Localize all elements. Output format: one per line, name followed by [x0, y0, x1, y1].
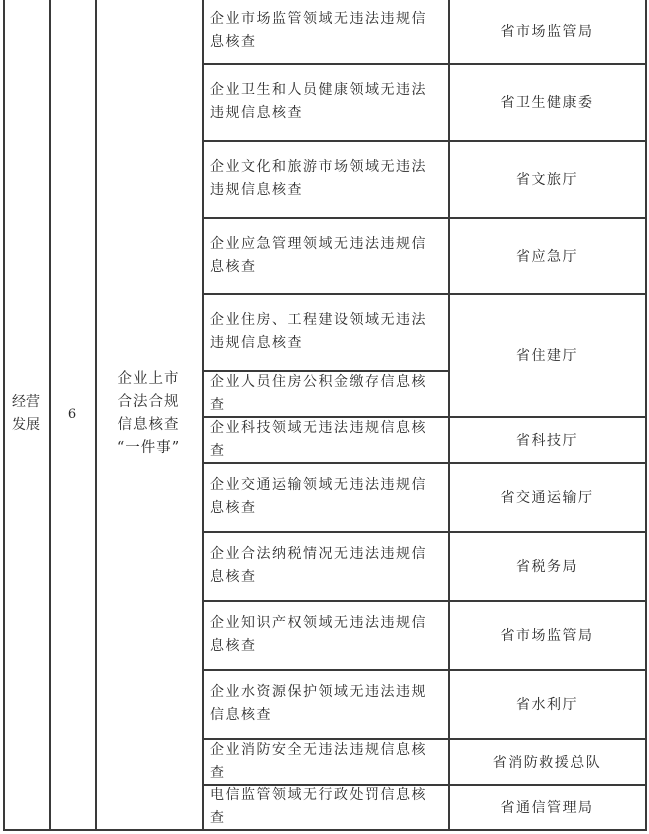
check-item-cell: 企业市场监管领域无违法违规信息核查: [202, 0, 448, 63]
check-item-cell: 企业消防安全无违法违规信息核查: [202, 739, 448, 784]
department-text: 省消防救援总队: [493, 752, 602, 772]
department-cell: 省市场监管局: [448, 601, 646, 669]
matter-name-line: 企业上市: [117, 368, 180, 391]
check-item-text: 企业人员住房公积金缴存信息核查: [210, 371, 442, 417]
check-item-text: 企业消防安全无违法违规信息核查: [210, 739, 442, 785]
department-cell-merged: 省住建厅: [448, 294, 646, 416]
check-item-text: 企业科技领域无违法违规信息核查: [210, 417, 442, 463]
department-cell: 省应急厅: [448, 218, 646, 293]
department-text: 省市场监管局: [501, 625, 594, 645]
matter-name-line: 信息核查: [117, 414, 180, 437]
check-item-text: 企业市场监管领域无违法违规信息核查: [210, 8, 442, 54]
department-text: 省住建厅: [516, 345, 578, 365]
department-cell: 省文旅厅: [448, 141, 646, 217]
department-text: 省通信管理局: [501, 797, 594, 817]
check-item-cell: 企业人员住房公积金缴存信息核查: [202, 371, 448, 416]
check-item-cell: 企业应急管理领域无违法违规信息核查: [202, 218, 448, 293]
check-item-text: 企业卫生和人员健康领域无违法违规信息核查: [210, 79, 442, 125]
info-check-table: 经营 发展 6 企业上市 合法合规 信息核查 “一件事” 企业市场监管领域无违法…: [3, 0, 646, 831]
department-cell: 省科技厅: [448, 417, 646, 462]
check-item-text: 电信监管领域无行政处罚信息核查: [210, 784, 442, 830]
matter-name-line: “一件事”: [117, 437, 180, 460]
check-item-text: 企业应急管理领域无违法违规信息核查: [210, 233, 442, 279]
check-item-cell: 企业文化和旅游市场领域无违法违规信息核查: [202, 141, 448, 217]
department-cell: 省税务局: [448, 532, 646, 600]
department-text: 省市场监管局: [501, 21, 594, 41]
matter-name-line: 合法合规: [117, 391, 180, 414]
check-item-text: 企业交通运输领域无违法违规信息核查: [210, 474, 442, 520]
check-item-text: 企业知识产权领域无违法违规信息核查: [210, 612, 442, 658]
check-item-text: 企业合法纳税情况无违法违规信息核查: [210, 543, 442, 589]
department-text: 省税务局: [516, 556, 578, 576]
department-cell: 省卫生健康委: [448, 64, 646, 140]
item-number-cell: 6: [49, 0, 95, 830]
check-item-cell: 企业交通运输领域无违法违规信息核查: [202, 463, 448, 531]
category-cell: 经营 发展: [3, 0, 49, 830]
check-item-cell: 企业住房、工程建设领域无违法违规信息核查: [202, 294, 448, 370]
department-text: 省科技厅: [516, 430, 578, 450]
department-cell: 省交通运输厅: [448, 463, 646, 531]
check-item-cell: 电信监管领域无行政处罚信息核查: [202, 785, 448, 829]
check-item-cell: 企业知识产权领域无违法违规信息核查: [202, 601, 448, 669]
check-item-text: 企业住房、工程建设领域无违法违规信息核查: [210, 309, 442, 355]
department-text: 省水利厅: [516, 694, 578, 714]
department-text: 省应急厅: [516, 246, 578, 266]
check-item-cell: 企业水资源保护领域无违法违规信息核查: [202, 670, 448, 738]
department-text: 省交通运输厅: [501, 487, 594, 507]
item-number: 6: [68, 407, 76, 422]
category-line: 发展: [12, 414, 40, 437]
department-cell: 省水利厅: [448, 670, 646, 738]
matter-name-cell: 企业上市 合法合规 信息核查 “一件事”: [95, 0, 202, 830]
check-item-text: 企业文化和旅游市场领域无违法违规信息核查: [210, 156, 442, 202]
department-cell: 省消防救援总队: [448, 739, 646, 784]
department-text: 省文旅厅: [516, 169, 578, 189]
department-cell: 省通信管理局: [448, 785, 646, 829]
category-line: 经营: [12, 391, 40, 414]
check-item-cell: 企业卫生和人员健康领域无违法违规信息核查: [202, 64, 448, 140]
check-item-cell: 企业科技领域无违法违规信息核查: [202, 417, 448, 462]
check-item-text: 企业水资源保护领域无违法违规信息核查: [210, 681, 442, 727]
check-item-cell: 企业合法纳税情况无违法违规信息核查: [202, 532, 448, 600]
department-cell: 省市场监管局: [448, 0, 646, 63]
department-text: 省卫生健康委: [501, 92, 594, 112]
